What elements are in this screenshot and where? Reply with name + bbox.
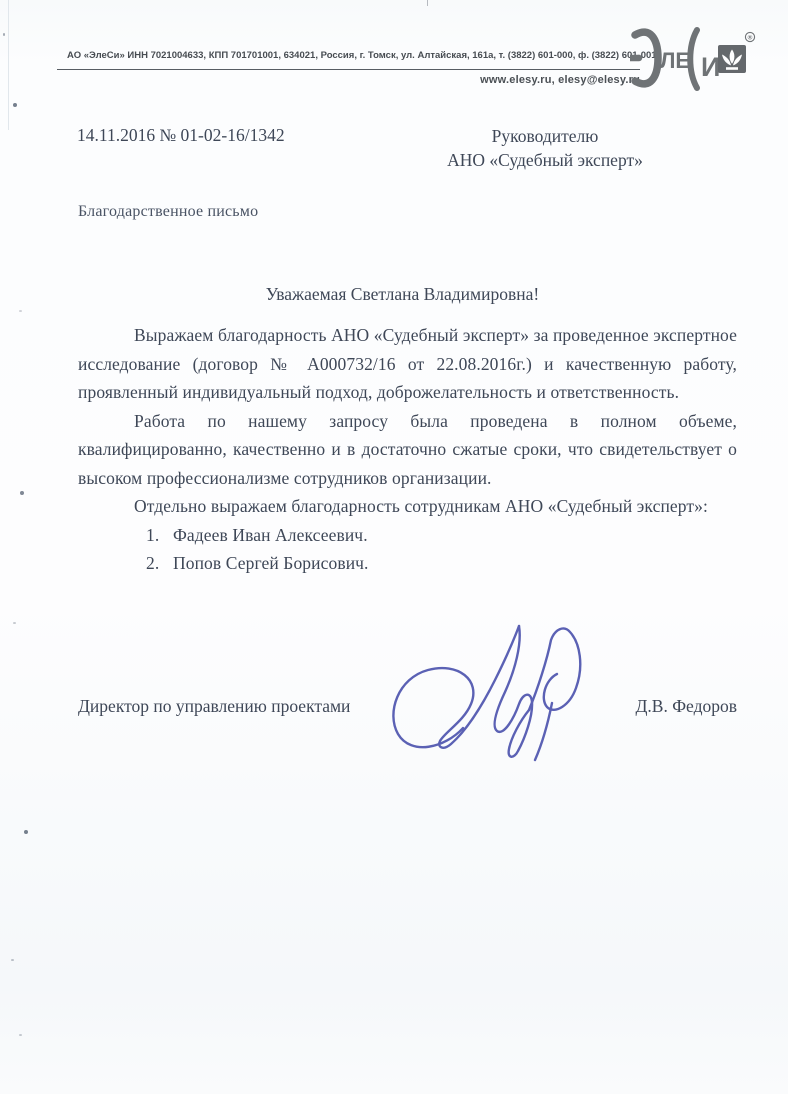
list-item-name: Фадеев Иван Алексеевич. (173, 521, 368, 550)
scan-speck (19, 1034, 22, 1036)
recipient-block: Руководителю АНО «Судебный эксперт» (420, 125, 670, 172)
list-item-number: 1. (146, 521, 173, 550)
registered-mark: ® (748, 34, 753, 42)
scan-speck (13, 622, 16, 624)
signature-ink-icon (383, 608, 605, 776)
signer-name: Д.В. Федоров (635, 696, 737, 717)
list-item-name: Попов Сергей Борисович. (173, 549, 369, 578)
date-and-number-line: 14.11.2016 № 01-02-16/1342 (77, 125, 285, 146)
letter-body: Выражаем благодарность АНО «Судебный экс… (78, 321, 737, 578)
scan-speck (3, 33, 5, 36)
letterhead-contacts-line: www.elesy.ru, elesy@elesy.ru (340, 74, 640, 86)
logo-letters-le: ЛЕ (660, 48, 690, 73)
signer-position-title: Директор по управлению проектами (78, 696, 350, 717)
list-item-number: 2. (146, 549, 173, 578)
logo-letter-i: И (701, 52, 720, 82)
scan-speck (11, 959, 14, 961)
handwritten-signature (383, 608, 605, 781)
recipient-organization: АНО «Судебный эксперт» (420, 149, 670, 173)
scanned-letter-page: { "page": { "background": "#fbfcfe", "in… (0, 0, 788, 1094)
body-paragraph-2: Работа по нашему запросу была проведена … (78, 407, 737, 493)
salutation-line: Уважаемая Светлана Владимировна! (78, 284, 727, 305)
document-type-label: Благодарственное письмо (78, 203, 258, 221)
scan-speck (13, 103, 17, 107)
scan-speck (19, 310, 22, 312)
scan-edge-line (8, 0, 9, 130)
elesy-logo-icon: ЛЕ И ® (630, 26, 756, 92)
logo-letter-s-icon (690, 30, 697, 88)
list-item: 1. Фадеев Иван Алексеевич. (78, 521, 737, 550)
list-item: 2. Попов Сергей Борисович. (78, 549, 737, 578)
thanked-employees-list: 1. Фадеев Иван Алексеевич. 2. Попов Серг… (78, 521, 737, 578)
letterhead-company-line: АО «ЭлеСи» ИНН 7021004633, КПП 701701001… (67, 50, 642, 61)
scan-speck (20, 491, 24, 495)
scan-speck (24, 830, 28, 834)
body-paragraph-1: Выражаем благодарность АНО «Судебный экс… (78, 321, 737, 407)
body-paragraph-3: Отдельно выражаем благодарность сотрудни… (78, 492, 737, 521)
elesy-logo: ЛЕ И ® (630, 26, 756, 97)
scan-tick (427, 0, 428, 6)
recipient-title: Руководителю (420, 125, 670, 149)
letterhead-rule (57, 69, 640, 70)
